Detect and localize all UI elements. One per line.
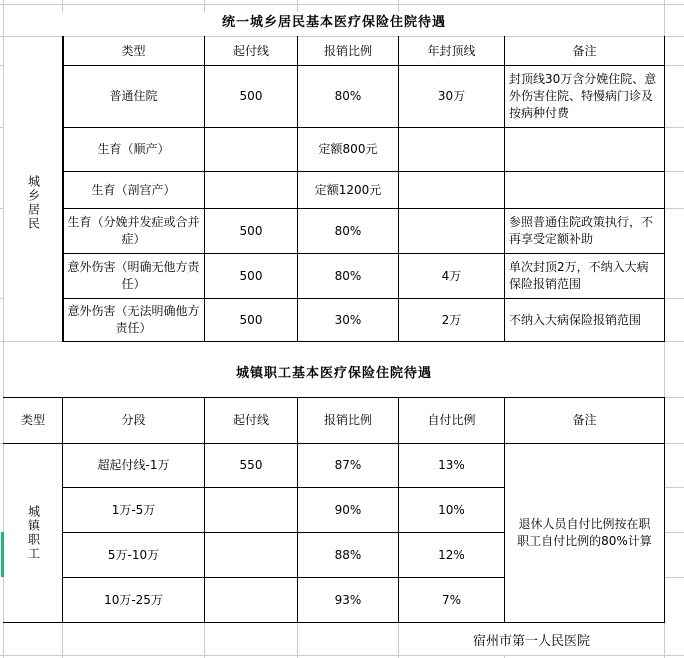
table1-cell-ratio: 80% bbox=[298, 254, 398, 298]
gridline bbox=[204, 622, 205, 658]
table-border bbox=[664, 36, 665, 342]
table-border bbox=[204, 36, 205, 342]
gridline bbox=[62, 622, 63, 658]
table-border bbox=[398, 397, 399, 623]
table1-header-type: 类型 bbox=[63, 37, 204, 65]
table1-cell-type: 意外伤害（无法明确他方责任） bbox=[63, 299, 204, 341]
table1-header-threshold: 起付线 bbox=[205, 37, 297, 65]
table1-cell-type: 生育（分娩并发症或合并症） bbox=[63, 209, 204, 253]
gridline bbox=[664, 397, 684, 398]
table-border bbox=[664, 397, 665, 623]
table1-cell-threshold: 500 bbox=[205, 299, 297, 341]
table1-cell-threshold: 500 bbox=[205, 254, 297, 298]
table-border bbox=[62, 532, 504, 533]
gridline bbox=[664, 171, 684, 172]
table-border bbox=[62, 65, 665, 66]
table1-header-cap: 年封顶线 bbox=[399, 37, 504, 65]
table2-cell-ratio: 90% bbox=[298, 488, 398, 532]
gridline bbox=[664, 487, 684, 488]
table1-cell-cap: 30万 bbox=[399, 66, 504, 127]
table1-cell-note bbox=[505, 172, 664, 208]
gridline bbox=[664, 298, 684, 299]
table-border bbox=[3, 443, 665, 444]
table1-cell-cap bbox=[399, 172, 504, 208]
gridline bbox=[664, 65, 684, 66]
table1-cell-cap bbox=[399, 128, 504, 171]
table-border bbox=[504, 397, 505, 623]
table2-cell-threshold bbox=[205, 578, 297, 622]
table1-cell-cap: 4万 bbox=[399, 254, 504, 298]
table1-cell-cap bbox=[399, 209, 504, 253]
table1-cell-threshold: 500 bbox=[205, 209, 297, 253]
table2-cell-threshold bbox=[205, 533, 297, 577]
table2-header-segment: 分段 bbox=[63, 398, 204, 443]
table2-cell-threshold bbox=[205, 488, 297, 532]
table2-header-type: 类型 bbox=[4, 398, 62, 443]
table-border bbox=[62, 341, 665, 342]
table-border bbox=[297, 36, 298, 342]
table2-cell-segment: 5万-10万 bbox=[63, 533, 204, 577]
table1-cell-type: 生育（顺产） bbox=[63, 128, 204, 171]
gridline bbox=[664, 208, 684, 209]
table-border bbox=[504, 36, 505, 342]
table2-cell-self-pay: 13% bbox=[399, 444, 504, 487]
table1-cell-type: 普通住院 bbox=[63, 66, 204, 127]
table-border bbox=[204, 397, 205, 623]
table2-header-ratio: 报销比例 bbox=[298, 398, 398, 443]
gridline bbox=[297, 622, 298, 658]
table1-cell-note: 单次封顶2万，不纳入大病保险报销范围 bbox=[505, 254, 664, 298]
gridline bbox=[0, 655, 684, 656]
table1-header-note: 备注 bbox=[505, 37, 664, 65]
table1-cell-threshold bbox=[205, 172, 297, 208]
table-border bbox=[62, 397, 63, 623]
table1-cell-ratio: 80% bbox=[298, 66, 398, 127]
table1-cell-note: 不纳入大病保险报销范围 bbox=[505, 299, 664, 341]
gridline bbox=[664, 577, 684, 578]
table2-cell-segment: 1万-5万 bbox=[63, 488, 204, 532]
table-border bbox=[62, 36, 64, 342]
table-border bbox=[62, 127, 665, 128]
table1-cell-cap: 2万 bbox=[399, 299, 504, 341]
table-border bbox=[62, 487, 504, 488]
table2-group-label: 城镇职工 bbox=[4, 444, 62, 622]
table2-cell-self-pay: 7% bbox=[399, 578, 504, 622]
table1-cell-ratio: 定额1200元 bbox=[298, 172, 398, 208]
table2-cell-threshold: 550 bbox=[205, 444, 297, 487]
table1-cell-type: 意外伤害（明确无他方责任） bbox=[63, 254, 204, 298]
table1-group-label: 城乡居民 bbox=[4, 65, 62, 341]
table1-cell-ratio: 80% bbox=[298, 209, 398, 253]
table2-cell-segment: 10万-25万 bbox=[63, 578, 204, 622]
table2-cell-ratio: 88% bbox=[298, 533, 398, 577]
table2-note: 退休人员自付比例按在职职工自付比例的80%计算 bbox=[505, 444, 664, 622]
table2-header-note: 备注 bbox=[505, 398, 664, 443]
table2-header-self-pay: 自付比例 bbox=[399, 398, 504, 443]
table-border bbox=[62, 298, 665, 299]
table2-cell-ratio: 87% bbox=[298, 444, 398, 487]
table-border bbox=[62, 253, 665, 254]
table2-cell-segment: 超起付线-1万 bbox=[63, 444, 204, 487]
gridline bbox=[664, 443, 684, 444]
table1-title: 统一城乡居民基本医疗保险住院待遇 bbox=[4, 5, 664, 36]
table1-cell-threshold: 500 bbox=[205, 66, 297, 127]
table1-cell-type: 生育（剖宫产） bbox=[63, 172, 204, 208]
table2-cell-ratio: 93% bbox=[298, 578, 398, 622]
table1-cell-note: 封顶线30万含分娩住院、意外伤害住院、特慢病门诊及按病种付费 bbox=[505, 66, 664, 127]
table2-title: 城镇职工基本医疗保险住院待遇 bbox=[4, 356, 664, 386]
table2-cell-self-pay: 10% bbox=[399, 488, 504, 532]
table2-header-threshold: 起付线 bbox=[205, 398, 297, 443]
hospital-name: 宿州市第一人民医院 bbox=[399, 623, 664, 655]
table1-cell-ratio: 30% bbox=[298, 299, 398, 341]
gridline bbox=[664, 532, 684, 533]
table1-header-ratio: 报销比例 bbox=[298, 37, 398, 65]
table-border bbox=[62, 208, 665, 209]
table-border bbox=[297, 397, 298, 623]
table-border bbox=[398, 36, 399, 342]
table1-cell-note bbox=[505, 128, 664, 171]
table-border bbox=[62, 577, 504, 578]
table1-cell-note: 参照普通住院政策执行，不再享受定额补助 bbox=[505, 209, 664, 253]
table1-cell-ratio: 定额800元 bbox=[298, 128, 398, 171]
table-border bbox=[3, 397, 665, 398]
gridline bbox=[664, 127, 684, 128]
table-border bbox=[62, 171, 665, 172]
table2-cell-self-pay: 12% bbox=[399, 533, 504, 577]
table1-cell-threshold bbox=[205, 128, 297, 171]
